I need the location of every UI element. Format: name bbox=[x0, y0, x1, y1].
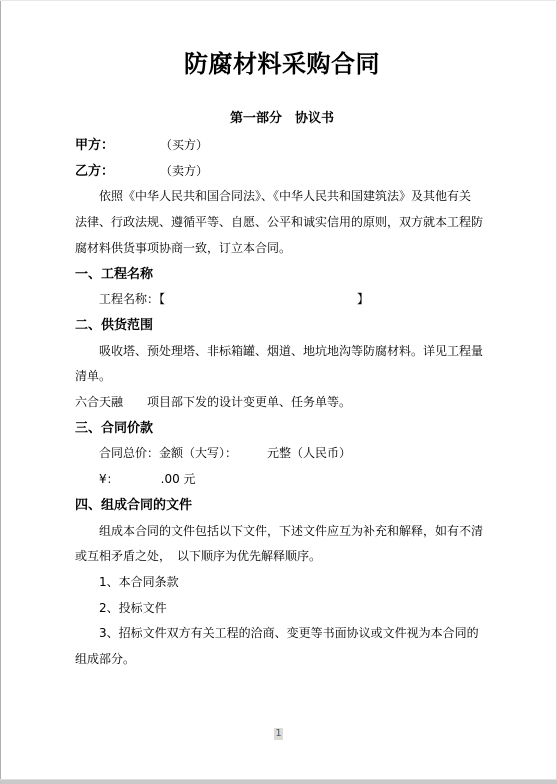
documents-intro-line-2: 或互相矛盾之处， 以下顺序为优先解释顺序。 bbox=[75, 544, 489, 570]
section-4-heading: 四、组成合同的文件 bbox=[75, 493, 489, 519]
party-a-label: 甲方： bbox=[75, 138, 114, 153]
preamble-line-3: 腐材料供货事项协商一致，订立本合同。 bbox=[75, 236, 489, 262]
documents-item-1: 1、本合同条款 bbox=[75, 570, 489, 596]
section-1-heading: 一、工程名称 bbox=[75, 262, 489, 288]
contract-price-line-1: 合同总价：金额（大写）： 元整（人民币） bbox=[75, 441, 489, 467]
page-left-edge bbox=[0, 1, 1, 784]
supply-scope-line-2: 清单。 bbox=[75, 364, 489, 390]
document-title: 防腐材料采购合同 bbox=[75, 47, 489, 81]
documents-intro-line-1: 组成本合同的文件包括以下文件，下述文件应互为补充和解释，如有不清 bbox=[75, 519, 489, 545]
party-a-line: 甲方：（买方） bbox=[75, 133, 489, 159]
document-page: { "page": { "title": "防腐材料采购合同", "part_h… bbox=[0, 0, 557, 784]
party-b-line: 乙方：（卖方） bbox=[75, 159, 489, 185]
party-a-value: （买方） bbox=[160, 138, 208, 152]
party-b-value: （卖方） bbox=[160, 164, 208, 178]
section-3-heading: 三、合同价款 bbox=[75, 416, 489, 442]
section-2-heading: 二、供货范围 bbox=[75, 313, 489, 339]
supply-scope-line-3: 六合天融 项目部下发的设计变更单、任务单等。 bbox=[75, 390, 489, 416]
documents-item-3-line-2: 组成部分。 bbox=[75, 647, 489, 673]
project-name-line: 工程名称：【 】 bbox=[75, 287, 489, 313]
page-bottom-edge bbox=[0, 779, 557, 784]
preamble-line-1: 依照《中华人民共和国合同法》、《中华人民共和国建筑法》及其他有关 bbox=[75, 184, 489, 210]
part-heading: 第一部分 协议书 bbox=[75, 109, 489, 129]
preamble-line-2: 法律、行政法规、遵循平等、自愿、公平和诚实信用的原则，双方就本工程防 bbox=[75, 210, 489, 236]
documents-item-3-line-1: 3、招标文件双方有关工程的洽商、变更等书面协议或文件视为本合同的 bbox=[75, 621, 489, 647]
page-number: 1 bbox=[274, 728, 282, 740]
contract-document: 防腐材料采购合同 第一部分 协议书 甲方：（买方） 乙方：（卖方） 依照《中华人… bbox=[0, 47, 557, 673]
document-body: 甲方：（买方） 乙方：（卖方） 依照《中华人民共和国合同法》、《中华人民共和国建… bbox=[75, 133, 489, 673]
documents-item-2: 2、投标文件 bbox=[75, 596, 489, 622]
page-footer: 1 bbox=[0, 721, 557, 740]
contract-price-line-2: ¥： .00 元 bbox=[75, 467, 489, 493]
party-b-label: 乙方： bbox=[75, 164, 114, 179]
supply-scope-line-1: 吸收塔、预处理塔、非标箱罐、烟道、地坑地沟等防腐材料。详见工程量 bbox=[75, 339, 489, 365]
